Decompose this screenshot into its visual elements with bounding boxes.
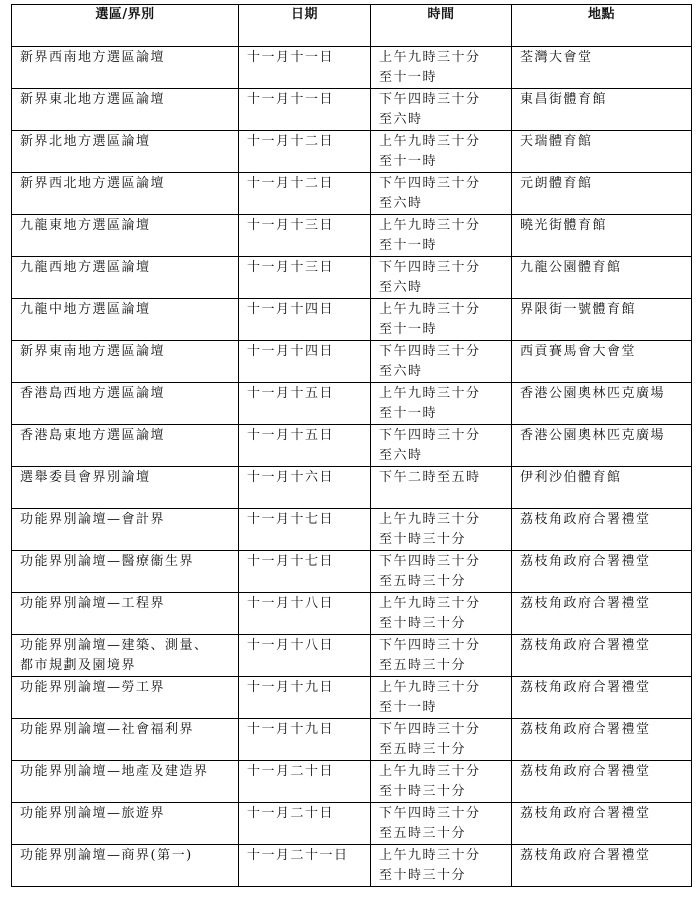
venue-cell: 荔枝角政府合署禮堂 bbox=[512, 509, 692, 551]
table-header-row: 選區/界別 日期 時間 地點 bbox=[12, 5, 692, 47]
time-cell: 下午四時三十分 至五時三十分 bbox=[371, 551, 512, 593]
time-end: 至十一時 bbox=[379, 236, 511, 256]
venue-cell: 荔枝角政府合署禮堂 bbox=[512, 551, 692, 593]
date-cell: 十一月十六日 bbox=[239, 467, 371, 509]
table-row: 香港島東地方選區論壇 十一月十五日 下午四時三十分 至六時 香港公園奧林匹克廣場 bbox=[12, 425, 692, 467]
time-end: 至十時三十分 bbox=[379, 530, 511, 550]
time-cell: 上午九時三十分 至十一時 bbox=[371, 215, 512, 257]
forum-date: 十一月十八日 bbox=[247, 594, 370, 614]
time-cell: 下午四時三十分 至五時三十分 bbox=[371, 803, 512, 845]
time-start: 上午九時三十分 bbox=[379, 846, 511, 866]
date-cell: 十一月十五日 bbox=[239, 383, 371, 425]
time-start: 下午四時三十分 bbox=[379, 258, 511, 278]
time-end: 至十一時 bbox=[379, 320, 511, 340]
table-row: 功能界別論壇—旅遊界 十一月二十日 下午四時三十分 至五時三十分 荔枝角政府合署… bbox=[12, 803, 692, 845]
constituency-cell: 功能界別論壇—地產及建造界 bbox=[12, 761, 239, 803]
venue-name: 香港公園奧林匹克廣場 bbox=[520, 426, 691, 446]
constituency-cell: 功能界別論壇—醫療衞生界 bbox=[12, 551, 239, 593]
time-cell: 上午九時三十分 至十一時 bbox=[371, 131, 512, 173]
date-cell: 十一月十五日 bbox=[239, 425, 371, 467]
date-cell: 十一月二十一日 bbox=[239, 845, 371, 887]
venue-name: 荔枝角政府合署禮堂 bbox=[520, 846, 691, 866]
venue-cell: 東昌街體育館 bbox=[512, 89, 692, 131]
time-start: 下午四時三十分 bbox=[379, 90, 511, 110]
constituency-cell: 香港島東地方選區論壇 bbox=[12, 425, 239, 467]
constituency-name: 香港島西地方選區論壇 bbox=[20, 384, 238, 404]
forum-date: 十一月十七日 bbox=[247, 510, 370, 530]
date-cell: 十一月十八日 bbox=[239, 635, 371, 677]
date-cell: 十一月十二日 bbox=[239, 173, 371, 215]
table-row: 九龍中地方選區論壇 十一月十四日 上午九時三十分 至十一時 界限街一號體育館 bbox=[12, 299, 692, 341]
date-cell: 十一月十七日 bbox=[239, 551, 371, 593]
table-row: 新界北地方選區論壇 十一月十二日 上午九時三十分 至十一時 天瑞體育館 bbox=[12, 131, 692, 173]
time-start: 上午九時三十分 bbox=[379, 216, 511, 236]
venue-cell: 九龍公園體育館 bbox=[512, 257, 692, 299]
constituency-name: 香港島東地方選區論壇 bbox=[20, 426, 238, 446]
venue-name: 伊利沙伯體育館 bbox=[520, 468, 691, 488]
time-start: 上午九時三十分 bbox=[379, 384, 511, 404]
constituency-name: 九龍西地方選區論壇 bbox=[20, 258, 238, 278]
venue-cell: 香港公園奧林匹克廣場 bbox=[512, 425, 692, 467]
forum-date: 十一月二十一日 bbox=[247, 846, 370, 866]
time-end: 至十一時 bbox=[379, 404, 511, 424]
time-start: 上午九時三十分 bbox=[379, 300, 511, 320]
time-end: 至五時三十分 bbox=[379, 740, 511, 760]
time-cell: 上午九時三十分 至十一時 bbox=[371, 47, 512, 89]
time-cell: 上午九時三十分 至十時三十分 bbox=[371, 761, 512, 803]
venue-name: 荔枝角政府合署禮堂 bbox=[520, 678, 691, 698]
table-row: 功能界別論壇—會計界 十一月十七日 上午九時三十分 至十時三十分 荔枝角政府合署… bbox=[12, 509, 692, 551]
time-start: 下午四時三十分 bbox=[379, 804, 511, 824]
time-end: 至十時三十分 bbox=[379, 614, 511, 634]
time-end: 至十一時 bbox=[379, 68, 511, 88]
constituency-cell: 新界東北地方選區論壇 bbox=[12, 89, 239, 131]
forum-date: 十一月十七日 bbox=[247, 552, 370, 572]
constituency-cell: 功能界別論壇—社會福利界 bbox=[12, 719, 239, 761]
forum-date: 十一月十四日 bbox=[247, 300, 370, 320]
time-end: 至六時 bbox=[379, 446, 511, 466]
header-date: 日期 bbox=[239, 5, 371, 47]
time-cell: 下午二時至五時 bbox=[371, 467, 512, 509]
time-end: 至十時三十分 bbox=[379, 866, 511, 886]
time-cell: 下午四時三十分 至六時 bbox=[371, 257, 512, 299]
forum-date: 十一月十二日 bbox=[247, 174, 370, 194]
forum-date: 十一月十一日 bbox=[247, 90, 370, 110]
time-end: 至十一時 bbox=[379, 698, 511, 718]
table-row: 九龍西地方選區論壇 十一月十三日 下午四時三十分 至六時 九龍公園體育館 bbox=[12, 257, 692, 299]
constituency-cell: 功能界別論壇—工程界 bbox=[12, 593, 239, 635]
constituency-cell: 九龍中地方選區論壇 bbox=[12, 299, 239, 341]
time-cell: 上午九時三十分 至十一時 bbox=[371, 299, 512, 341]
constituency-name: 功能界別論壇—建築、測量、 bbox=[20, 636, 238, 656]
date-cell: 十一月十四日 bbox=[239, 341, 371, 383]
forum-date: 十一月十九日 bbox=[247, 720, 370, 740]
table-row: 九龍東地方選區論壇 十一月十三日 上午九時三十分 至十一時 曉光街體育館 bbox=[12, 215, 692, 257]
venue-cell: 荔枝角政府合署禮堂 bbox=[512, 635, 692, 677]
venue-name: 西貢賽馬會大會堂 bbox=[520, 342, 691, 362]
venue-name: 荃灣大會堂 bbox=[520, 48, 691, 68]
date-cell: 十一月十一日 bbox=[239, 47, 371, 89]
time-cell: 下午四時三十分 至六時 bbox=[371, 89, 512, 131]
forum-date: 十一月十六日 bbox=[247, 468, 370, 488]
forum-schedule-table: 選區/界別 日期 時間 地點 新界西南地方選區論壇 十一月十一日 上午九時三十分… bbox=[11, 4, 692, 887]
table-row: 功能界別論壇—勞工界 十一月十九日 上午九時三十分 至十一時 荔枝角政府合署禮堂 bbox=[12, 677, 692, 719]
constituency-name: 功能界別論壇—旅遊界 bbox=[20, 804, 238, 824]
forum-date: 十一月十九日 bbox=[247, 678, 370, 698]
constituency-cell: 香港島西地方選區論壇 bbox=[12, 383, 239, 425]
forum-date: 十一月十四日 bbox=[247, 342, 370, 362]
time-cell: 上午九時三十分 至十時三十分 bbox=[371, 509, 512, 551]
venue-cell: 西貢賽馬會大會堂 bbox=[512, 341, 692, 383]
time-start: 下午四時三十分 bbox=[379, 552, 511, 572]
date-cell: 十一月十三日 bbox=[239, 215, 371, 257]
venue-cell: 荃灣大會堂 bbox=[512, 47, 692, 89]
constituency-name: 功能界別論壇—醫療衞生界 bbox=[20, 552, 238, 572]
venue-cell: 元朗體育館 bbox=[512, 173, 692, 215]
date-cell: 十一月二十日 bbox=[239, 761, 371, 803]
forum-date: 十一月十二日 bbox=[247, 132, 370, 152]
date-cell: 十一月十八日 bbox=[239, 593, 371, 635]
table-row: 新界西北地方選區論壇 十一月十二日 下午四時三十分 至六時 元朗體育館 bbox=[12, 173, 692, 215]
venue-cell: 香港公園奧林匹克廣場 bbox=[512, 383, 692, 425]
constituency-cell: 功能界別論壇—商界(第一) bbox=[12, 845, 239, 887]
constituency-cell: 功能界別論壇—旅遊界 bbox=[12, 803, 239, 845]
date-cell: 十一月十三日 bbox=[239, 257, 371, 299]
venue-cell: 荔枝角政府合署禮堂 bbox=[512, 761, 692, 803]
venue-cell: 界限街一號體育館 bbox=[512, 299, 692, 341]
constituency-cell: 九龍東地方選區論壇 bbox=[12, 215, 239, 257]
constituency-cell: 新界西南地方選區論壇 bbox=[12, 47, 239, 89]
date-cell: 十一月二十日 bbox=[239, 803, 371, 845]
constituency-name: 功能界別論壇—商界(第一) bbox=[20, 846, 238, 866]
venue-name: 荔枝角政府合署禮堂 bbox=[520, 552, 691, 572]
time-start: 下午四時三十分 bbox=[379, 426, 511, 446]
time-end: 至十時三十分 bbox=[379, 782, 511, 802]
time-end: 至五時三十分 bbox=[379, 824, 511, 844]
constituency-cell: 功能界別論壇—勞工界 bbox=[12, 677, 239, 719]
venue-name: 荔枝角政府合署禮堂 bbox=[520, 762, 691, 782]
time-cell: 下午四時三十分 至五時三十分 bbox=[371, 719, 512, 761]
constituency-name: 九龍東地方選區論壇 bbox=[20, 216, 238, 236]
venue-name: 荔枝角政府合署禮堂 bbox=[520, 804, 691, 824]
venue-cell: 伊利沙伯體育館 bbox=[512, 467, 692, 509]
date-cell: 十一月十七日 bbox=[239, 509, 371, 551]
date-cell: 十一月十一日 bbox=[239, 89, 371, 131]
venue-cell: 曉光街體育館 bbox=[512, 215, 692, 257]
constituency-name: 九龍中地方選區論壇 bbox=[20, 300, 238, 320]
time-start: 上午九時三十分 bbox=[379, 510, 511, 530]
venue-cell: 荔枝角政府合署禮堂 bbox=[512, 593, 692, 635]
time-cell: 下午四時三十分 至六時 bbox=[371, 341, 512, 383]
time-cell: 上午九時三十分 至十一時 bbox=[371, 677, 512, 719]
constituency-name: 新界北地方選區論壇 bbox=[20, 132, 238, 152]
table-row: 新界東北地方選區論壇 十一月十一日 下午四時三十分 至六時 東昌街體育館 bbox=[12, 89, 692, 131]
time-start: 上午九時三十分 bbox=[379, 762, 511, 782]
constituency-cell: 九龍西地方選區論壇 bbox=[12, 257, 239, 299]
constituency-name: 功能界別論壇—社會福利界 bbox=[20, 720, 238, 740]
venue-cell: 荔枝角政府合署禮堂 bbox=[512, 719, 692, 761]
venue-name: 九龍公園體育館 bbox=[520, 258, 691, 278]
constituency-name: 功能界別論壇—勞工界 bbox=[20, 678, 238, 698]
time-start: 下午四時三十分 bbox=[379, 636, 511, 656]
constituency-cell: 新界東南地方選區論壇 bbox=[12, 341, 239, 383]
table-row: 選舉委員會界別論壇 十一月十六日 下午二時至五時 伊利沙伯體育館 bbox=[12, 467, 692, 509]
venue-name: 荔枝角政府合署禮堂 bbox=[520, 636, 691, 656]
constituency-name: 功能界別論壇—工程界 bbox=[20, 594, 238, 614]
time-end: 至六時 bbox=[379, 110, 511, 130]
time-start: 上午九時三十分 bbox=[379, 594, 511, 614]
date-cell: 十一月十九日 bbox=[239, 719, 371, 761]
table-row: 新界西南地方選區論壇 十一月十一日 上午九時三十分 至十一時 荃灣大會堂 bbox=[12, 47, 692, 89]
table-row: 功能界別論壇—建築、測量、 都市規劃及園境界 十一月十八日 下午四時三十分 至五… bbox=[12, 635, 692, 677]
table-row: 功能界別論壇—醫療衞生界 十一月十七日 下午四時三十分 至五時三十分 荔枝角政府… bbox=[12, 551, 692, 593]
forum-date: 十一月十五日 bbox=[247, 426, 370, 446]
constituency-name: 新界西北地方選區論壇 bbox=[20, 174, 238, 194]
time-end: 至五時三十分 bbox=[379, 572, 511, 592]
time-start: 下午二時至五時 bbox=[379, 468, 511, 488]
date-cell: 十一月十二日 bbox=[239, 131, 371, 173]
constituency-name: 新界東北地方選區論壇 bbox=[20, 90, 238, 110]
venue-name: 香港公園奧林匹克廣場 bbox=[520, 384, 691, 404]
header-constituency: 選區/界別 bbox=[12, 5, 239, 47]
constituency-cell: 選舉委員會界別論壇 bbox=[12, 467, 239, 509]
time-cell: 上午九時三十分 至十時三十分 bbox=[371, 593, 512, 635]
constituency-cell: 功能界別論壇—建築、測量、 都市規劃及園境界 bbox=[12, 635, 239, 677]
venue-cell: 天瑞體育館 bbox=[512, 131, 692, 173]
forum-date: 十一月十八日 bbox=[247, 636, 370, 656]
constituency-name: 功能界別論壇—會計界 bbox=[20, 510, 238, 530]
time-start: 上午九時三十分 bbox=[379, 48, 511, 68]
venue-name: 荔枝角政府合署禮堂 bbox=[520, 720, 691, 740]
table-row: 香港島西地方選區論壇 十一月十五日 上午九時三十分 至十一時 香港公園奧林匹克廣… bbox=[12, 383, 692, 425]
constituency-name-line2: 都市規劃及園境界 bbox=[20, 656, 238, 676]
time-end: 至六時 bbox=[379, 194, 511, 214]
constituency-name: 選舉委員會界別論壇 bbox=[20, 468, 238, 488]
time-cell: 下午四時三十分 至六時 bbox=[371, 173, 512, 215]
time-start: 下午四時三十分 bbox=[379, 720, 511, 740]
forum-date: 十一月十三日 bbox=[247, 258, 370, 278]
venue-name: 曉光街體育館 bbox=[520, 216, 691, 236]
time-end: 至十一時 bbox=[379, 152, 511, 172]
time-cell: 下午四時三十分 至五時三十分 bbox=[371, 635, 512, 677]
venue-cell: 荔枝角政府合署禮堂 bbox=[512, 677, 692, 719]
forum-date: 十一月十一日 bbox=[247, 48, 370, 68]
venue-name: 荔枝角政府合署禮堂 bbox=[520, 510, 691, 530]
constituency-cell: 新界北地方選區論壇 bbox=[12, 131, 239, 173]
date-cell: 十一月十四日 bbox=[239, 299, 371, 341]
header-venue: 地點 bbox=[512, 5, 692, 47]
constituency-name: 新界西南地方選區論壇 bbox=[20, 48, 238, 68]
venue-name: 界限街一號體育館 bbox=[520, 300, 691, 320]
time-start: 上午九時三十分 bbox=[379, 678, 511, 698]
venue-name: 天瑞體育館 bbox=[520, 132, 691, 152]
time-cell: 下午四時三十分 至六時 bbox=[371, 425, 512, 467]
constituency-name: 功能界別論壇—地產及建造界 bbox=[20, 762, 238, 782]
forum-date: 十一月十三日 bbox=[247, 216, 370, 236]
venue-cell: 荔枝角政府合署禮堂 bbox=[512, 845, 692, 887]
time-end: 至六時 bbox=[379, 278, 511, 298]
table-row: 功能界別論壇—工程界 十一月十八日 上午九時三十分 至十時三十分 荔枝角政府合署… bbox=[12, 593, 692, 635]
constituency-cell: 功能界別論壇—會計界 bbox=[12, 509, 239, 551]
venue-name: 東昌街體育館 bbox=[520, 90, 691, 110]
table-row: 功能界別論壇—商界(第一) 十一月二十一日 上午九時三十分 至十時三十分 荔枝角… bbox=[12, 845, 692, 887]
header-time: 時間 bbox=[371, 5, 512, 47]
time-start: 下午四時三十分 bbox=[379, 174, 511, 194]
date-cell: 十一月十九日 bbox=[239, 677, 371, 719]
forum-date: 十一月十五日 bbox=[247, 384, 370, 404]
venue-name: 元朗體育館 bbox=[520, 174, 691, 194]
time-cell: 上午九時三十分 至十一時 bbox=[371, 383, 512, 425]
table-row: 功能界別論壇—地產及建造界 十一月二十日 上午九時三十分 至十時三十分 荔枝角政… bbox=[12, 761, 692, 803]
constituency-cell: 新界西北地方選區論壇 bbox=[12, 173, 239, 215]
time-start: 上午九時三十分 bbox=[379, 132, 511, 152]
time-start: 下午四時三十分 bbox=[379, 342, 511, 362]
time-end: 至五時三十分 bbox=[379, 656, 511, 676]
table-row: 新界東南地方選區論壇 十一月十四日 下午四時三十分 至六時 西貢賽馬會大會堂 bbox=[12, 341, 692, 383]
venue-name: 荔枝角政府合署禮堂 bbox=[520, 594, 691, 614]
venue-cell: 荔枝角政府合署禮堂 bbox=[512, 803, 692, 845]
time-cell: 上午九時三十分 至十時三十分 bbox=[371, 845, 512, 887]
time-end: 至六時 bbox=[379, 362, 511, 382]
forum-date: 十一月二十日 bbox=[247, 762, 370, 782]
table-row: 功能界別論壇—社會福利界 十一月十九日 下午四時三十分 至五時三十分 荔枝角政府… bbox=[12, 719, 692, 761]
forum-date: 十一月二十日 bbox=[247, 804, 370, 824]
constituency-name: 新界東南地方選區論壇 bbox=[20, 342, 238, 362]
